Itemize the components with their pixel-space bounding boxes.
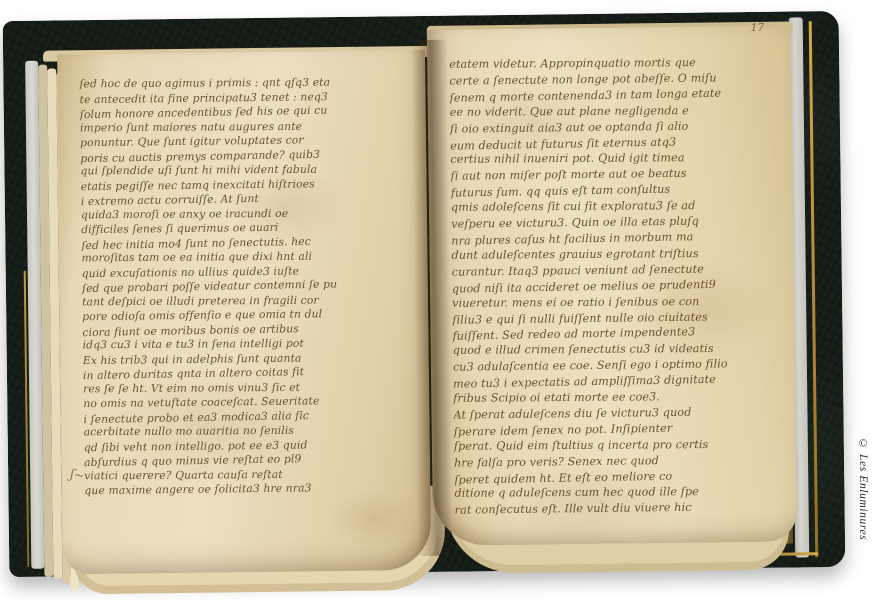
manuscript-line: ſperat. Quid eim ſtultius q incerta pro …: [454, 436, 778, 454]
open-manuscript-book: ſed hoc de quo agimus i primis : qnt qſq…: [3, 11, 846, 577]
manuscript-line: ee no viderit. Que aut plane negligenda …: [450, 102, 774, 120]
gutter-shadow: [411, 40, 453, 556]
photo-background: ſed hoc de quo agimus i primis : qnt qſq…: [0, 0, 873, 600]
manuscript-line: viatici querere? Quarta cauſa reſtat: [84, 467, 398, 484]
manuscript-line: moroſitas tam oe ea initia que dixi hnt …: [81, 249, 395, 266]
manuscript-line: viueretur. mens ei oe ratio i ſenibus oe…: [452, 293, 776, 311]
manuscript-line: ditione q aduleſcens cum hec quod ille ſ…: [454, 484, 778, 502]
manuscript-line: imperio ſunt maiores natu augures ante: [80, 119, 394, 136]
manuscript-line: quod e illud crimen ſenectutis cu3 id vi…: [453, 341, 777, 359]
manuscript-line: idq3 cu3 i vita e tu3 in ſena intelligi …: [83, 336, 397, 353]
manuscript-line: etatem videtur. Appropinquatio mortis qu…: [449, 55, 773, 73]
manuscript-line: fribus Scipio oi etati morte ee coe3.: [453, 389, 777, 407]
manuscript-line: qmis adoleſcens ſit cui ſit exploratu3 ſ…: [451, 198, 775, 216]
manuscript-line: certius nihil inueniri pot. Quid igit ti…: [450, 150, 774, 168]
manuscript-line: qui ſplendide uſi ſunt hi mihi vident fa…: [80, 162, 394, 179]
manuscript-line: acerbitate nullo mo auaritia no ſenilis: [84, 423, 398, 440]
manuscript-line: tant deſpici oe illudi preterea in fragi…: [82, 293, 396, 310]
manuscript-line: ſed hoc de quo agimus i primis : qnt qſq…: [79, 75, 393, 92]
margin-mark: ʃ~: [69, 467, 86, 484]
manuscript-line: rat conſecutus eſt. Ille vult diu viuere…: [455, 499, 779, 519]
folio-number: 17: [751, 22, 765, 34]
right-page-text: etatem videtur. Appropinquatio mortis qu…: [449, 54, 779, 524]
manuscript-line: quida3 moroſi oe anxy oe iracundi oe: [81, 206, 395, 223]
manuscript-line: dunt aduleſcentes grauius egrotant triſt…: [451, 245, 775, 263]
manuscript-line: res ſe ſe ht. Vt eim no omis vinu3 ſic e…: [83, 380, 397, 397]
photo-credit: © Les Enluminures: [857, 438, 869, 540]
left-page-text: ſed hoc de quo agimus i primis : qnt qſq…: [79, 74, 398, 506]
